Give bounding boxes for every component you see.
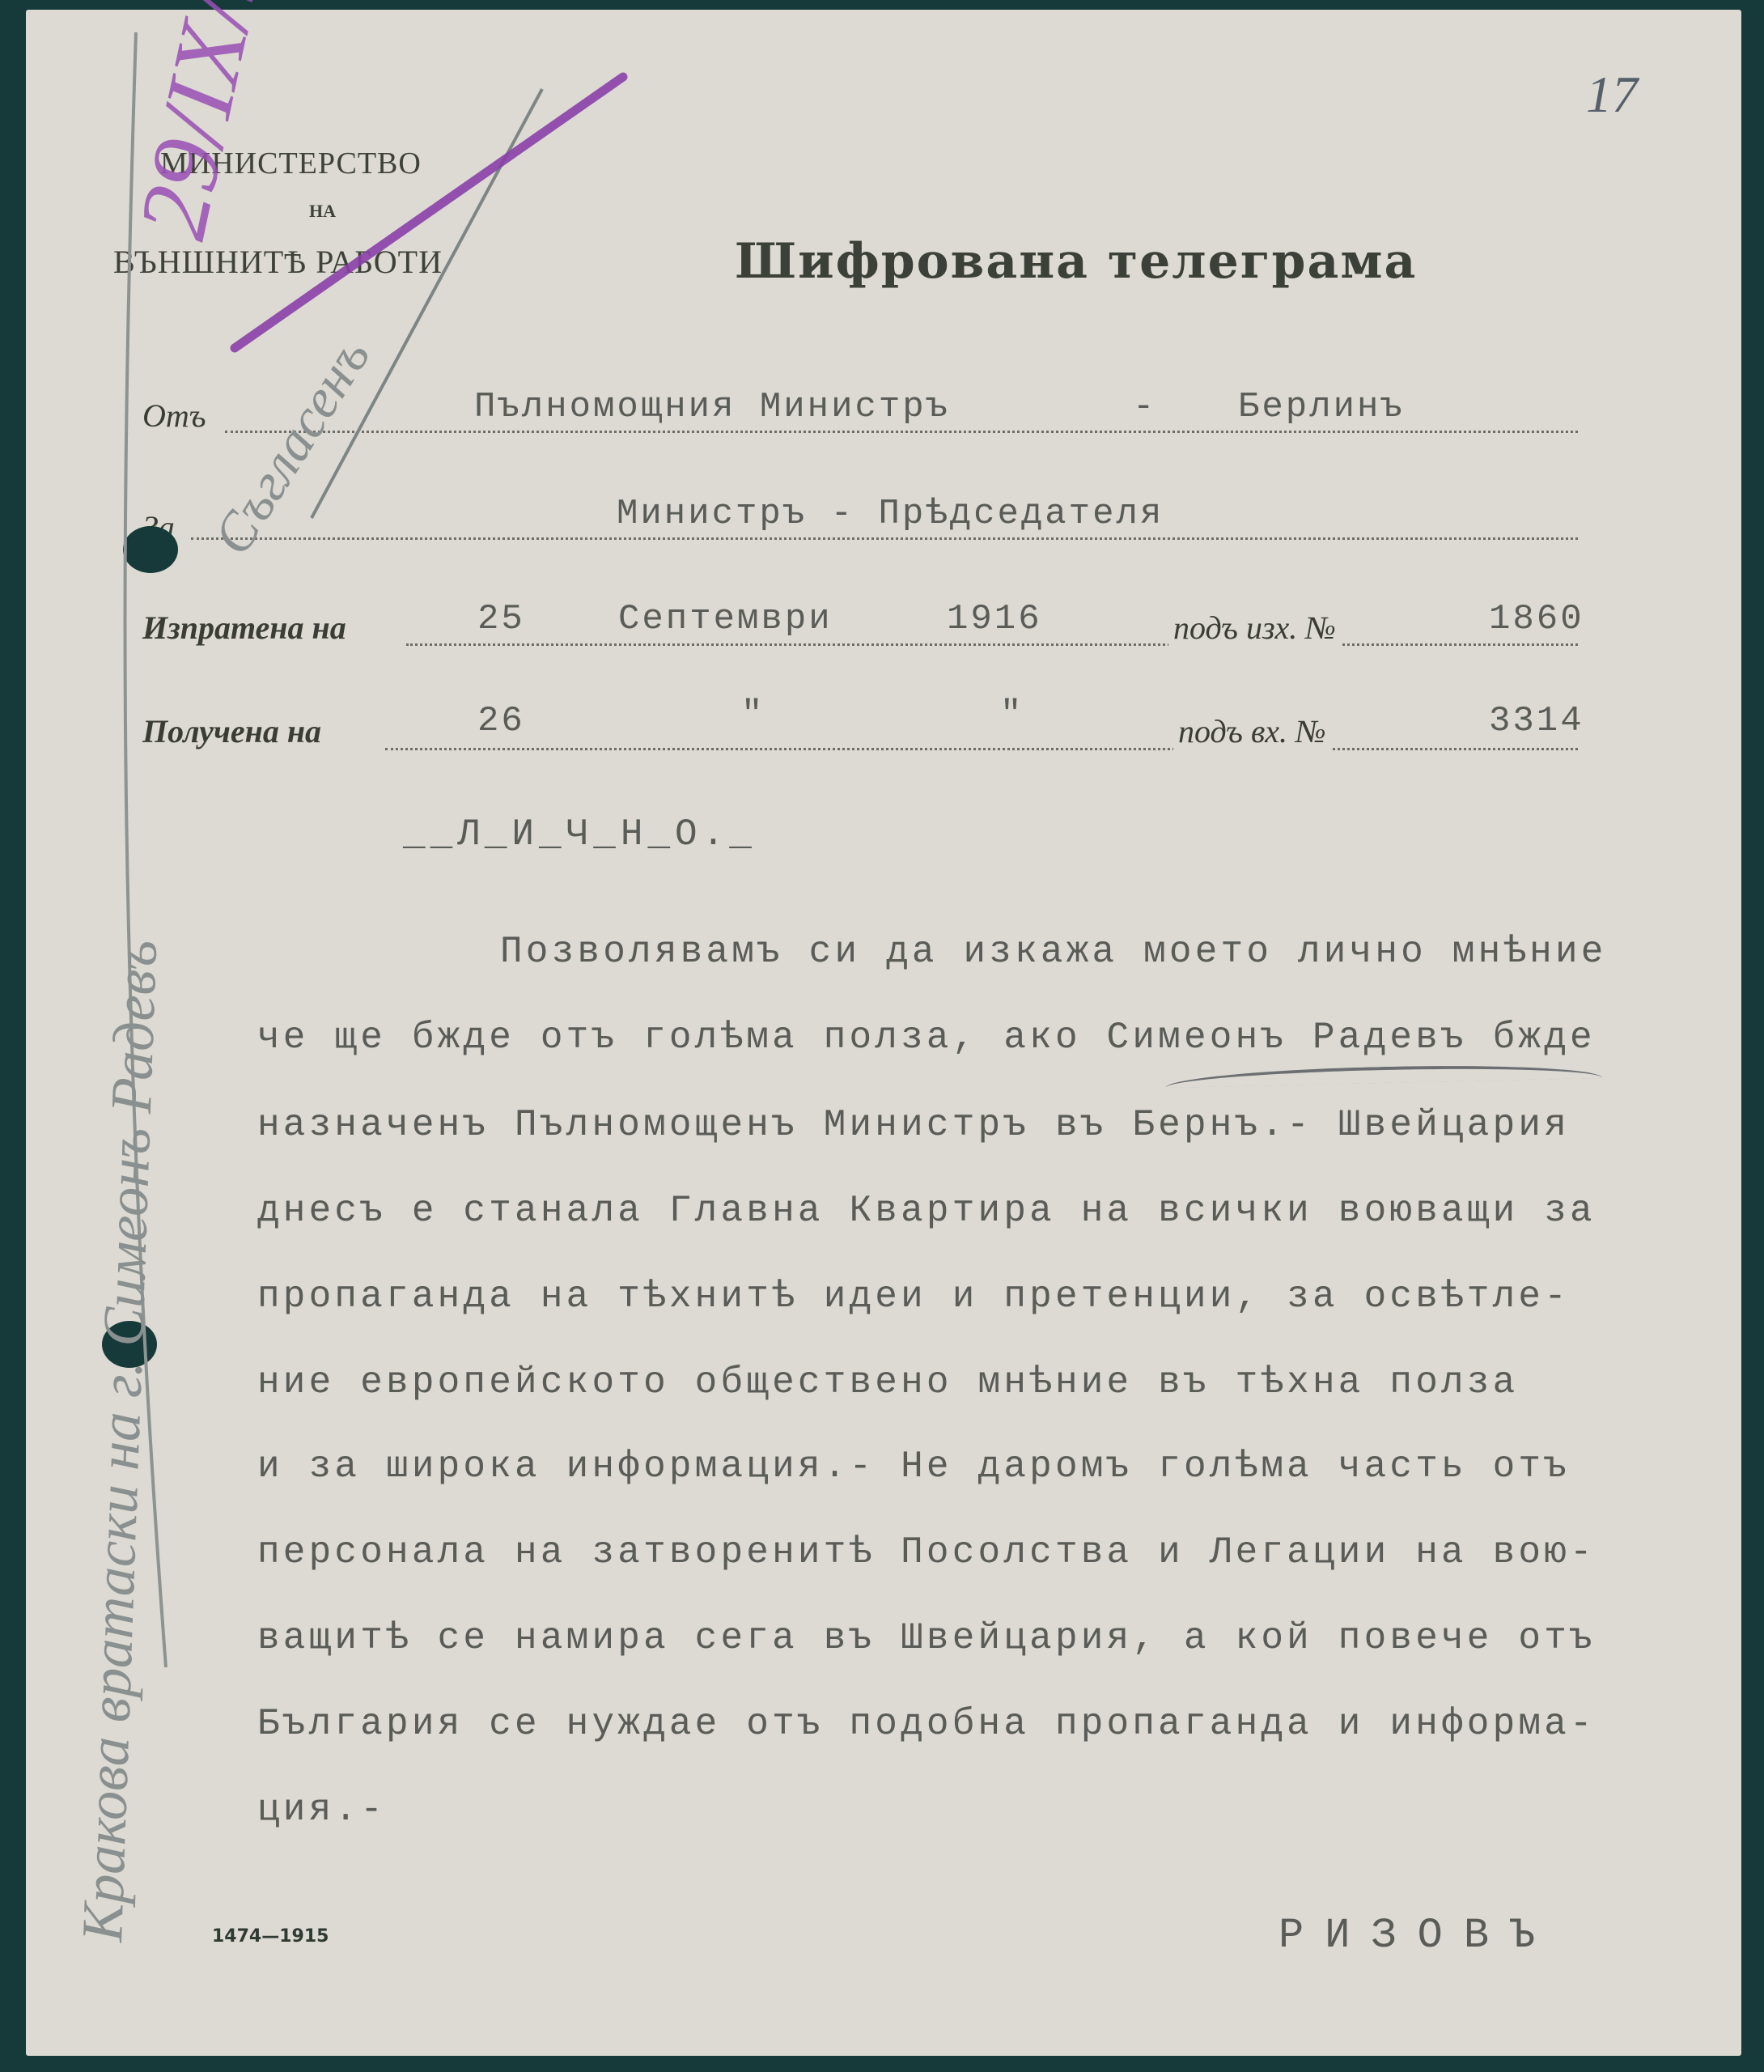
body-line: ция.-: [257, 1789, 386, 1831]
body-line: и за широка информация.- Не даромъ голѣм…: [257, 1446, 1570, 1488]
sent-number-label: подъ изх. №: [1168, 609, 1341, 647]
received-number: 3314: [1489, 701, 1584, 741]
to-value: Министръ - Прѣдседателя: [617, 494, 1164, 534]
from-label: Отъ: [142, 397, 206, 435]
punch-hole: [123, 526, 178, 573]
body-line: България се нуждае отъ подобна пропаганд…: [257, 1703, 1596, 1745]
sent-number: 1860: [1489, 599, 1584, 639]
received-dotted-line: [385, 748, 1578, 750]
folio-number: 17: [1586, 65, 1638, 125]
sent-year: 1916: [947, 599, 1042, 639]
body-line: назначенъ Пълномощенъ Министръ въ Бернъ.…: [257, 1104, 1570, 1146]
letterhead-of: НА: [309, 201, 336, 222]
received-year-ditto: ": [1000, 694, 1024, 735]
body-line: Позволявамъ си да изкажа моето лично мнѣ…: [500, 931, 1607, 973]
form-number: 1474—1915: [212, 1926, 329, 1947]
received-month-ditto: ": [741, 694, 765, 735]
body-line: персонала на затворенитѣ Посолства и Лег…: [257, 1531, 1596, 1573]
received-number-label: подъ вх. №: [1173, 712, 1331, 750]
from-dotted-line: [225, 431, 1578, 433]
body-line: ние европейското обществено мнѣние въ тѣ…: [257, 1361, 1518, 1403]
sent-day: 25: [477, 599, 525, 639]
from-value-sender: Пълномощния Министръ: [474, 387, 950, 427]
received-label: Получена на: [142, 712, 321, 750]
received-day: 26: [477, 701, 525, 741]
punch-hole: [102, 1321, 157, 1368]
body-line: ващитѣ се намира сега въ Швейцария, а ко…: [257, 1617, 1596, 1659]
letterhead-foreign-affairs: ВЪНШНИТѢ РАБОТИ: [113, 243, 443, 281]
sent-dotted-line: [406, 643, 1578, 646]
from-value-city: Берлинъ: [1238, 387, 1405, 427]
signature: РИЗОВЪ: [1278, 1912, 1556, 1959]
body-line: че ще бжде отъ голѣма полза, ако Симеонъ…: [257, 1017, 1596, 1059]
personal-heading: __Л_И_Ч_Н_О._: [403, 813, 757, 856]
sent-label: Изпратена на: [142, 609, 346, 647]
sent-month: Септември: [618, 599, 833, 639]
to-dotted-line: [191, 537, 1578, 540]
body-line: днесъ е станала Главна Квартира на всичк…: [257, 1190, 1596, 1232]
document-title: Шифрована телеграма: [735, 233, 1417, 290]
letterhead-ministry: МИНИСТЕРСТВО: [160, 146, 422, 181]
body-line: пропаганда на тѣхнитѣ идеи и претенции, …: [257, 1276, 1570, 1318]
from-value-sep: -: [1133, 387, 1156, 427]
